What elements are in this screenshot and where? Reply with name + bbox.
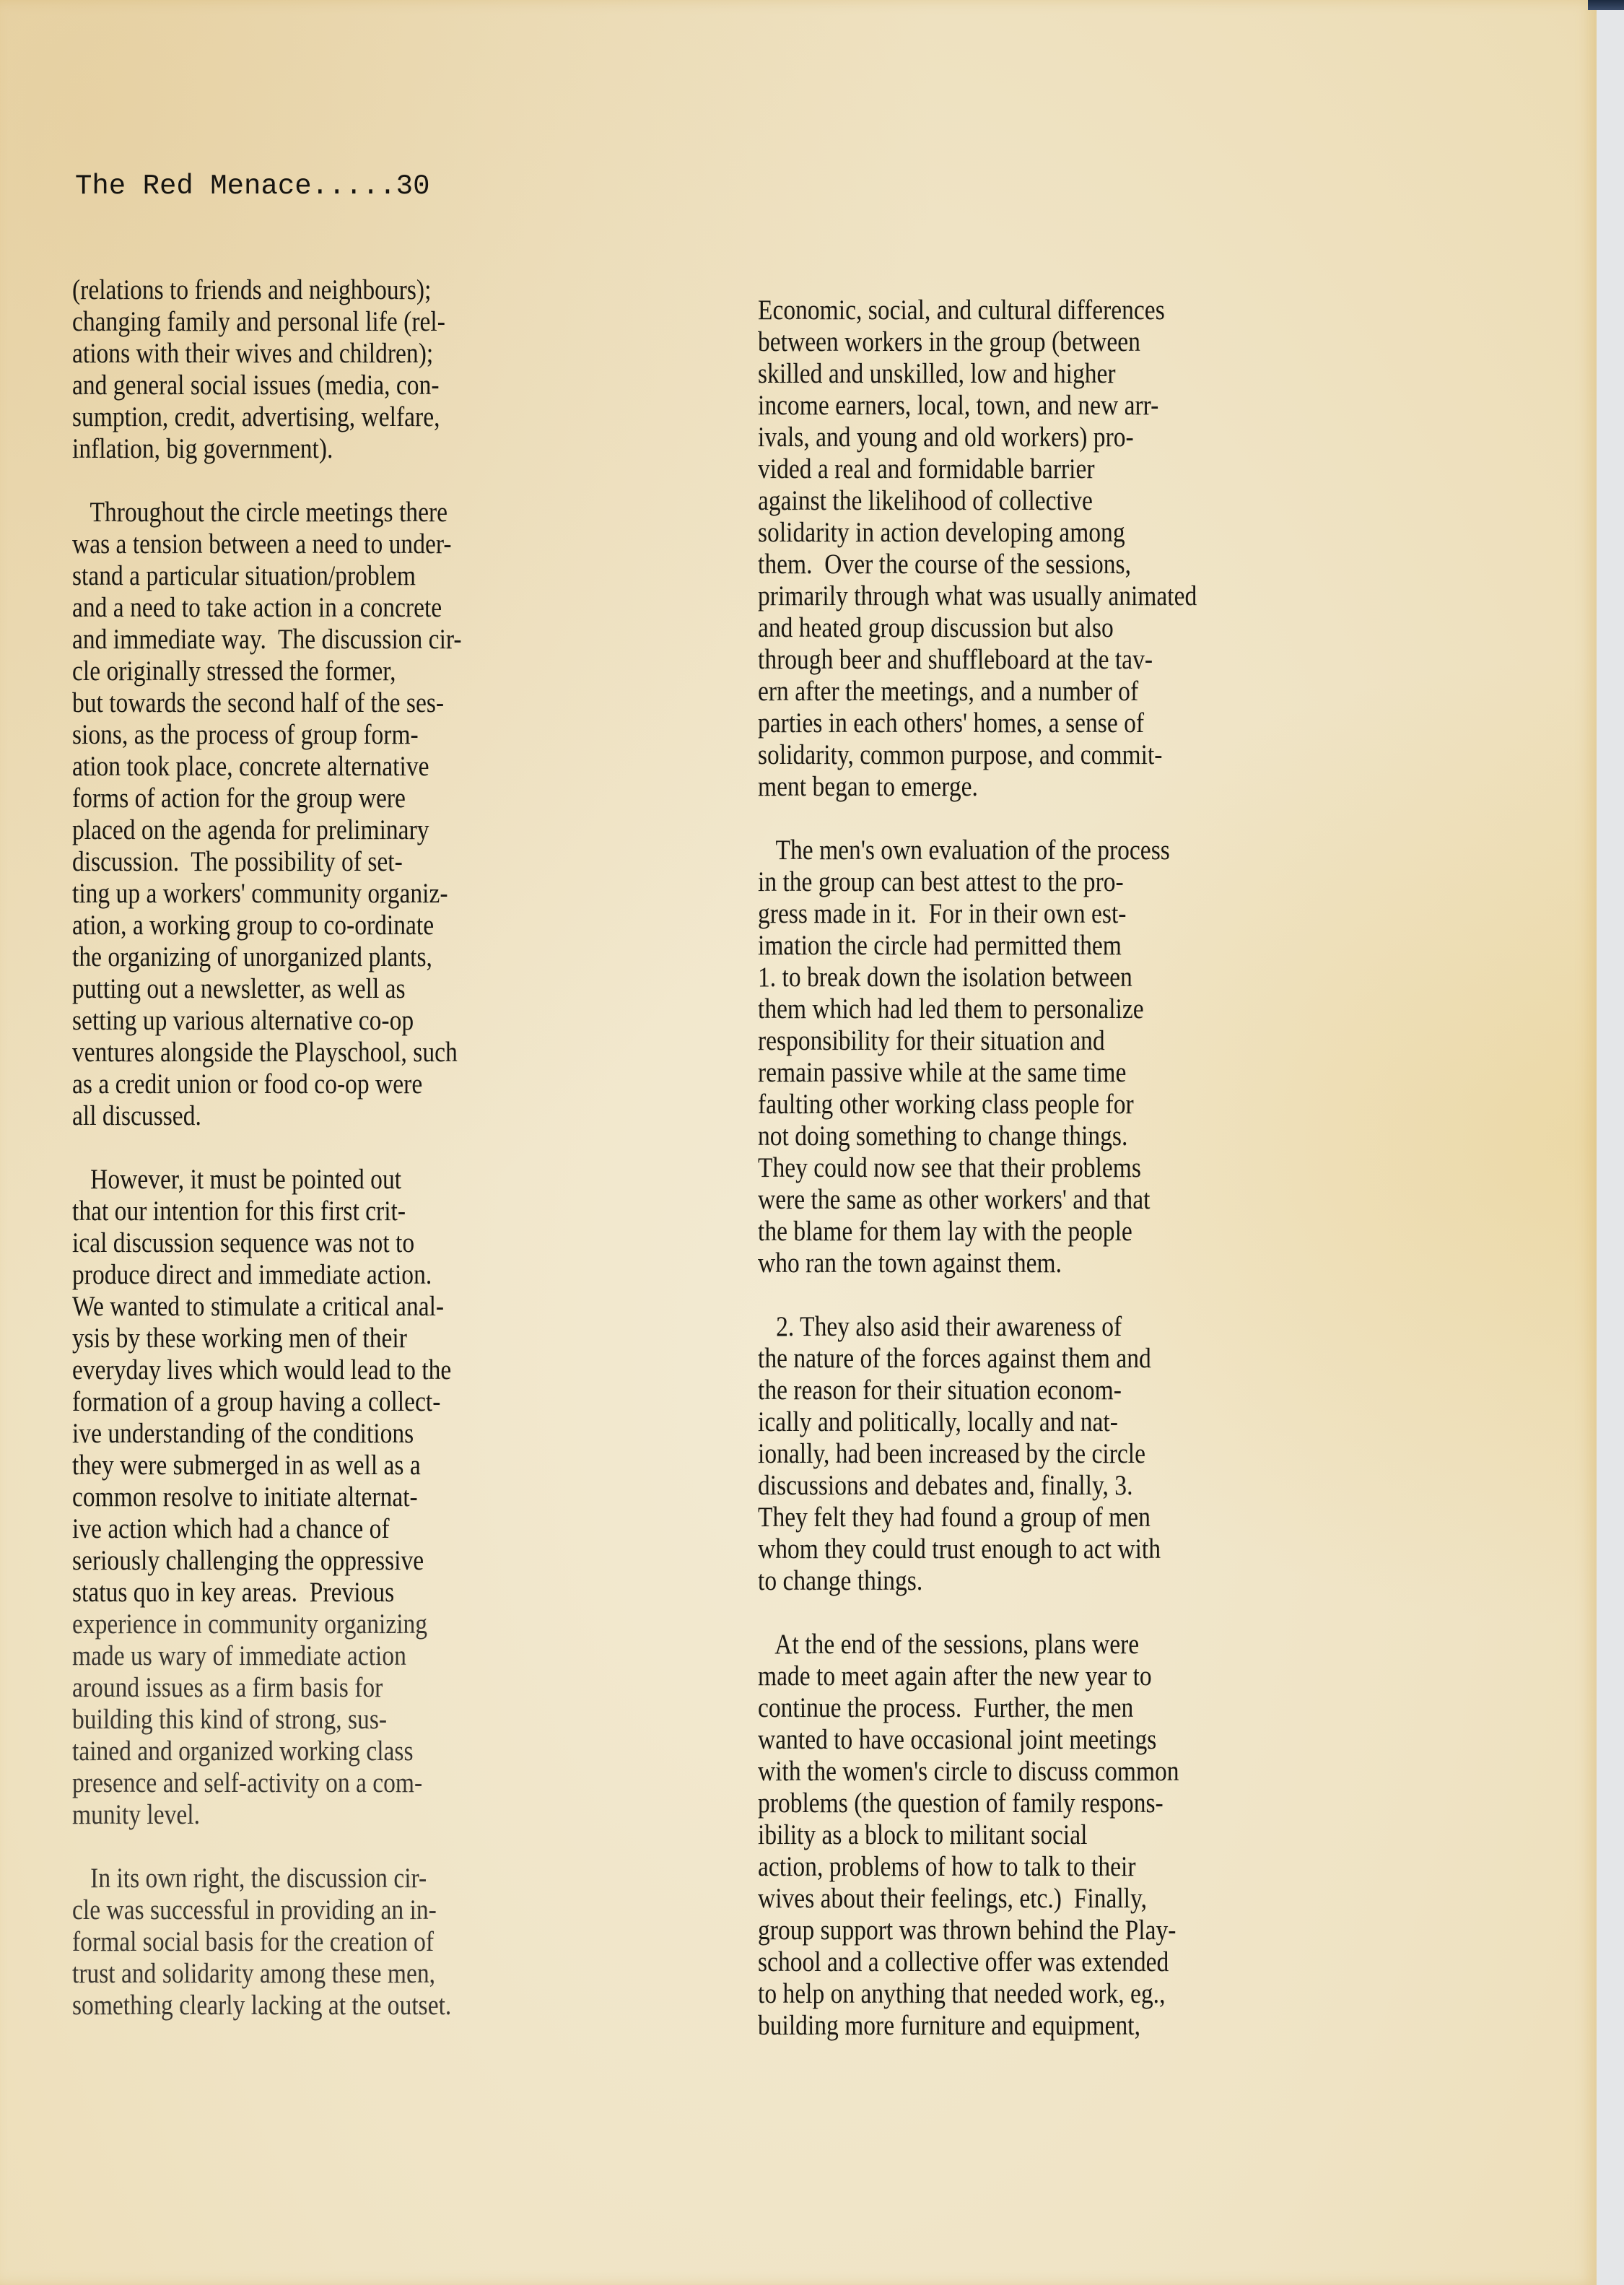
- text-line: building more furniture and equipment,: [758, 2010, 1379, 2042]
- text-line: cle was successful in providing an in-: [72, 1894, 643, 1926]
- text-line: to change things.: [758, 1565, 1379, 1597]
- text-line: the blame for them lay with the people: [758, 1216, 1379, 1248]
- text-line: between workers in the group (between: [758, 326, 1379, 358]
- paragraph: At the end of the sessions, plans were m…: [758, 1629, 1480, 2042]
- text-line: changing family and personal life (rel-: [72, 306, 643, 338]
- text-line: 2. They also asid their awareness of: [758, 1311, 1379, 1343]
- text-line: vided a real and formidable barrier: [758, 453, 1379, 485]
- paragraph: Throughout the circle meetings there was…: [72, 497, 736, 1132]
- text-line: with the women's circle to discuss commo…: [758, 1756, 1379, 1788]
- paragraph: (relations to friends and neighbours); c…: [72, 274, 736, 465]
- text-line: and heated group discussion but also: [758, 612, 1379, 644]
- text-line: ation took place, concrete alternative: [72, 751, 643, 783]
- text-line: skilled and unskilled, low and higher: [758, 358, 1379, 390]
- text-line: produce direct and immediate action.: [72, 1259, 643, 1291]
- paragraph: 2. They also asid their awareness of the…: [758, 1311, 1480, 1597]
- text-line: presence and self-activity on a com-: [72, 1767, 643, 1799]
- text-line: ibility as a block to militant social: [758, 1819, 1379, 1851]
- text-line: In its own right, the discussion cir-: [72, 1863, 643, 1894]
- text-line: the nature of the forces against them an…: [758, 1343, 1379, 1375]
- text-line: However, it must be pointed out: [72, 1164, 643, 1196]
- text-line: setting up various alternative co-op: [72, 1005, 643, 1037]
- text-line: ionally, had been increased by the circl…: [758, 1438, 1379, 1470]
- text-line: whom they could trust enough to act with: [758, 1533, 1379, 1565]
- text-line: ysis by these working men of their: [72, 1323, 643, 1354]
- text-line: the organizing of unorganized plants,: [72, 941, 643, 973]
- text-line: experience in community organizing: [72, 1609, 643, 1640]
- text-line: were the same as other workers' and that: [758, 1184, 1379, 1216]
- text-line: cle originally stressed the former,: [72, 656, 643, 687]
- text-line: ting up a workers' community organiz-: [72, 878, 643, 910]
- text-line: sumption, credit, advertising, welfare,: [72, 401, 643, 433]
- text-line: ventures alongside the Playschool, such: [72, 1037, 643, 1068]
- text-line: imation the circle had permitted them: [758, 930, 1379, 962]
- text-line: forms of action for the group were: [72, 783, 643, 814]
- text-line: them which had led them to personalize: [758, 993, 1379, 1025]
- text-line: Economic, social, and cultural differenc…: [758, 295, 1379, 326]
- text-line: common resolve to initiate alternat-: [72, 1481, 643, 1513]
- text-line: ern after the meetings, and a number of: [758, 676, 1379, 708]
- text-line: problems (the question of family respons…: [758, 1788, 1379, 1819]
- text-line: munity level.: [72, 1799, 643, 1831]
- text-line: action, problems of how to talk to their: [758, 1851, 1379, 1883]
- text-line: ive understanding of the conditions: [72, 1418, 643, 1450]
- text-line: solidarity in action developing among: [758, 517, 1379, 549]
- text-line: in the group can best attest to the pro-: [758, 866, 1379, 898]
- text-line: 1. to break down the isolation between: [758, 962, 1379, 993]
- text-line: ive action which had a chance of: [72, 1513, 643, 1545]
- text-line: inflation, big government).: [72, 433, 643, 465]
- right-column: Economic, social, and cultural differenc…: [758, 295, 1480, 2073]
- text-line: stand a particular situation/problem: [72, 560, 643, 592]
- text-line: placed on the agenda for preliminary: [72, 814, 643, 846]
- text-line: The men's own evaluation of the process: [758, 835, 1379, 866]
- text-line: wanted to have occasional joint meetings: [758, 1724, 1379, 1756]
- text-line: ically and politically, locally and nat-: [758, 1406, 1379, 1438]
- text-line: They felt they had found a group of men: [758, 1502, 1379, 1533]
- text-line: all discussed.: [72, 1100, 643, 1132]
- text-line: to help on anything that needed work, eg…: [758, 1978, 1379, 2010]
- text-line: At the end of the sessions, plans were: [758, 1629, 1379, 1661]
- text-line: formation of a group having a collect-: [72, 1386, 643, 1418]
- text-line: they were submerged in as well as a: [72, 1450, 643, 1481]
- text-line: primarily through what was usually anima…: [758, 580, 1379, 612]
- text-line: We wanted to stimulate a critical anal-: [72, 1291, 643, 1323]
- text-line: seriously challenging the oppressive: [72, 1545, 643, 1577]
- text-line: ical discussion sequence was not to: [72, 1227, 643, 1259]
- text-line: who ran the town against them.: [758, 1248, 1379, 1279]
- text-line: discussions and debates and, finally, 3.: [758, 1470, 1379, 1502]
- text-line: the reason for their situation econom-: [758, 1375, 1379, 1406]
- text-line: ations with their wives and children);: [72, 338, 643, 370]
- paragraph: Economic, social, and cultural differenc…: [758, 295, 1480, 803]
- scanner-edge: [1588, 0, 1624, 10]
- text-line: that our intention for this first crit-: [72, 1196, 643, 1227]
- text-line: school and a collective offer was extend…: [758, 1946, 1379, 1978]
- text-line: gress made in it. For in their own est-: [758, 898, 1379, 930]
- paragraph: In its own right, the discussion cir- cl…: [72, 1863, 736, 2021]
- left-column: (relations to friends and neighbours); c…: [72, 274, 736, 2053]
- text-line: formal social basis for the creation of: [72, 1926, 643, 1958]
- paragraph: However, it must be pointed out that our…: [72, 1164, 736, 1831]
- text-line: group support was thrown behind the Play…: [758, 1915, 1379, 1946]
- text-line: responsibility for their situation and: [758, 1025, 1379, 1057]
- text-line: ment began to emerge.: [758, 771, 1379, 803]
- text-line: status quo in key areas. Previous: [72, 1577, 643, 1609]
- text-line: everyday lives which would lead to the: [72, 1354, 643, 1386]
- text-line: tained and organized working class: [72, 1736, 643, 1767]
- text-line: faulting other working class people for: [758, 1089, 1379, 1120]
- text-line: through beer and shuffleboard at the tav…: [758, 644, 1379, 676]
- text-line: trust and solidarity among these men,: [72, 1958, 643, 1990]
- text-line: putting out a newsletter, as well as: [72, 973, 643, 1005]
- text-line: made us wary of immediate action: [72, 1640, 643, 1672]
- text-line: They could now see that their problems: [758, 1152, 1379, 1184]
- text-line: made to meet again after the new year to: [758, 1661, 1379, 1692]
- text-line: Throughout the circle meetings there: [72, 497, 643, 528]
- text-line: continue the process. Further, the men: [758, 1692, 1379, 1724]
- text-line: sions, as the process of group form-: [72, 719, 643, 751]
- text-line: ivals, and young and old workers) pro-: [758, 422, 1379, 453]
- text-line: remain passive while at the same time: [758, 1057, 1379, 1089]
- text-line: against the likelihood of collective: [758, 485, 1379, 517]
- running-header: The Red Menace.....30: [75, 170, 429, 202]
- text-line: as a credit union or food co-op were: [72, 1068, 643, 1100]
- text-line: was a tension between a need to under-: [72, 528, 643, 560]
- text-line: and immediate way. The discussion cir-: [72, 624, 643, 656]
- text-line: around issues as a firm basis for: [72, 1672, 643, 1704]
- text-line: wives about their feelings, etc.) Finall…: [758, 1883, 1379, 1915]
- text-line: something clearly lacking at the outset.: [72, 1990, 643, 2021]
- text-line: discussion. The possibility of set-: [72, 846, 643, 878]
- text-line: not doing something to change things.: [758, 1120, 1379, 1152]
- text-line: parties in each others' homes, a sense o…: [758, 708, 1379, 739]
- text-line: but towards the second half of the ses-: [72, 687, 643, 719]
- paragraph: The men's own evaluation of the process …: [758, 835, 1480, 1279]
- text-line: them. Over the course of the sessions,: [758, 549, 1379, 580]
- text-line: and a need to take action in a concrete: [72, 592, 643, 624]
- text-line: ation, a working group to co-ordinate: [72, 910, 643, 941]
- text-line: income earners, local, town, and new arr…: [758, 390, 1379, 422]
- text-line: solidarity, common purpose, and commit-: [758, 739, 1379, 771]
- text-line: (relations to friends and neighbours);: [72, 274, 643, 306]
- text-line: and general social issues (media, con-: [72, 370, 643, 401]
- text-line: building this kind of strong, sus-: [72, 1704, 643, 1736]
